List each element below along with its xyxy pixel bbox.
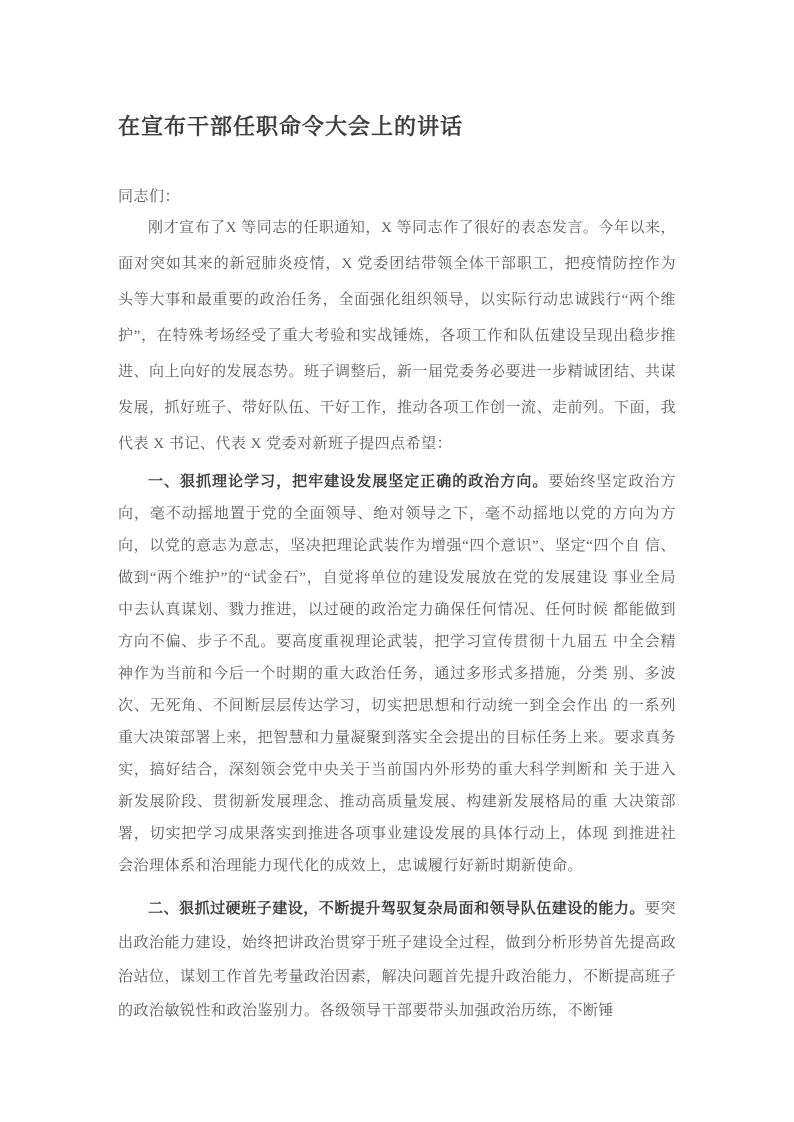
paragraph-intro: 刚才宣布了X 等同志的任职通知，X 等同志作了很好的表态发言。今年以来，面对突如… [118, 210, 676, 462]
paragraph-point-two-text: 要突出政治能力建设，始终把讲政治贯穿于班子建设全过程，做到分析形势首先提高政治站… [118, 901, 676, 1019]
paragraph-point-two: 二、狠抓过硬班子建设，不断提升驾驭复杂局面和领导队伍建设的能力。要突出政治能力建… [118, 892, 676, 1028]
document-title: 在宣布干部任职命令大会上的讲话 [118, 112, 676, 142]
paragraph-intro-text: 刚才宣布了X 等同志的任职通知，X 等同志作了很好的表态发言。今年以来，面对突如… [118, 220, 676, 452]
paragraph-point-one-text: 要始终坚定政治方 向，毫不动摇地置于党的全面领导、绝对领导之下，毫不动摇地以党的… [118, 474, 676, 874]
document-page: 在宣布干部任职命令大会上的讲话 同志们： 刚才宣布了X 等同志的任职通知，X 等… [0, 0, 794, 1122]
salutation: 同志们： [118, 184, 676, 210]
paragraph-point-one-heading: 一、狠抓理论学习，把牢建设发展坚定正确的政治方向。 [148, 473, 548, 490]
paragraph-point-two-heading: 二、狠抓过硬班子建设，不断提升驾驭复杂局面和领导队伍建设的能力。 [148, 900, 645, 917]
paragraph-point-one: 一、狠抓理论学习，把牢建设发展坚定正确的政治方向。要始终坚定政治方 向，毫不动摇… [118, 466, 676, 882]
